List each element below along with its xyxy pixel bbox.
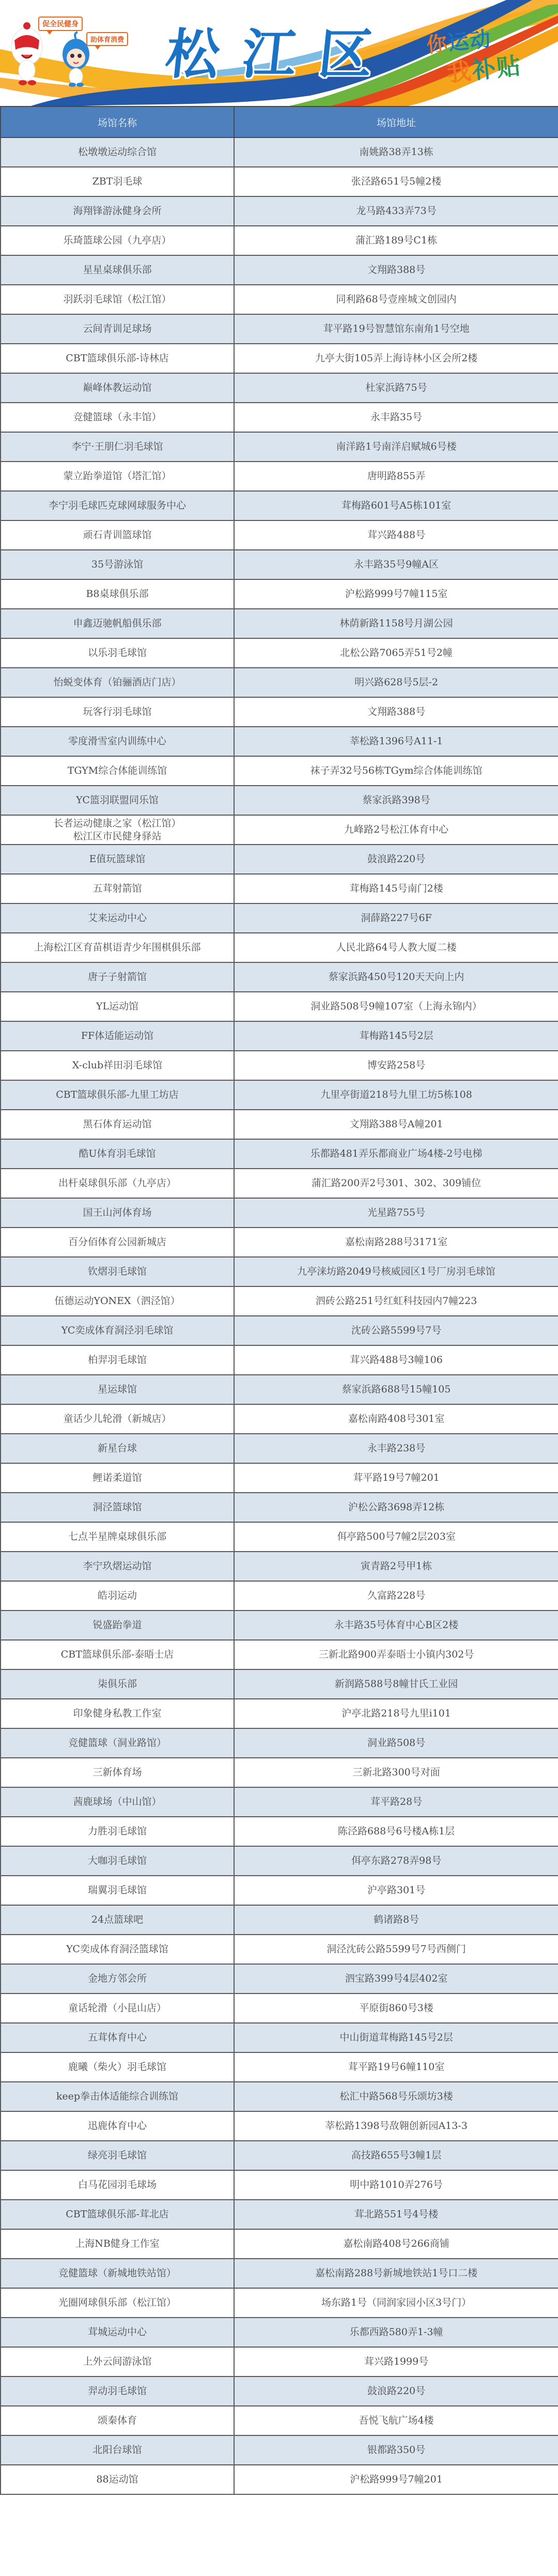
table-row: X-club祥田羽毛球馆博安路258号 [1,1051,558,1080]
slogan-bubble-consumption: 助体育消费 [86,32,128,46]
venue-name-cell: 迅鹿体育中心 [1,2111,234,2141]
table-row: FF体适能运动馆茸梅路145号2层 [1,1021,558,1051]
venue-name-cell: YL运动馆 [1,992,234,1021]
table-row: 新星台球永丰路238号 [1,1434,558,1463]
venue-name-cell: 金地方邻会所 [1,1964,234,1994]
table-row: 出杆桌球俱乐部（九亭店）蒲汇路200弄2号301、302、309铺位 [1,1169,558,1198]
venue-name-cell: CBT篮球俱乐部-泰晤士店 [1,1640,234,1669]
venue-name-cell: 黑石体育运动馆 [1,1110,234,1139]
venue-name-cell: CBT篮球俱乐部-茸北店 [1,2200,234,2229]
table-row: 柏羿羽毛球馆茸兴路488号3幢106 [1,1345,558,1375]
table-row: YC奕成体育洞泾篮球馆洞泾沈砖公路5599号7号西侧门 [1,1935,558,1964]
venue-name-cell: 童话轮滑（小昆山店） [1,1994,234,2023]
venue-table: 场馆名称 场馆地址 松墩墩运动综合馆南姚路38弄13栋ZBT羽毛球张泾路651号… [0,106,558,2495]
venue-name-cell: 35号游泳馆 [1,550,234,579]
venue-address-cell: 文翔路388号 [234,697,558,727]
table-row: 童话轮滑（小昆山店）平原街860号3楼 [1,1994,558,2023]
table-row: YC篮羽联盟同乐馆蔡家浜路398号 [1,786,558,815]
venue-address-cell: 同利路68号壹座城文创园内 [234,285,558,314]
venue-address-cell: 新润路588号8幢甘氏工业园 [234,1669,558,1699]
table-row: 竞健篮球（永丰馆）永丰路35号 [1,403,558,432]
venue-name-cell: 茸城运动中心 [1,2318,234,2347]
venue-address-cell: 文翔路388号 [234,255,558,285]
venue-name-cell: 五茸体育中心 [1,2023,234,2052]
venue-address-cell: 蔡家浜路398号 [234,786,558,815]
venue-address-cell: 嘉松南路408号301室 [234,1404,558,1434]
table-row: 顽石青训篮球馆茸兴路488号 [1,520,558,550]
table-row: 玩客行羽毛球馆文翔路388号 [1,697,558,727]
venue-address-cell: 嘉松南路288号新城地铁站1号口二楼 [234,2259,558,2288]
venue-name-cell: TGYM综合体能训练馆 [1,756,234,786]
venue-name-cell: 乐琦篮球公园（九亭店） [1,226,234,255]
table-row: 星运球馆蔡家浜路688号15幢105 [1,1375,558,1404]
venue-name-cell: 白马花园羽毛球场 [1,2170,234,2200]
table-row: 瑞翼羽毛球馆沪亭路301号 [1,1876,558,1905]
venue-address-cell: 博安路258号 [234,1051,558,1080]
table-row: 24点篮球吧鹤诸路8号 [1,1905,558,1935]
venue-name-cell: 柏羿羽毛球馆 [1,1345,234,1375]
venue-address-cell: 茸平路19号智慧馆东南角1号空地 [234,314,558,344]
venue-address-cell: 沪松路999号7幢201 [234,2465,558,2494]
table-row: YC奕成体育洞泾羽毛球馆沈砖公路5599号7号 [1,1316,558,1345]
venue-name-cell: 大咖羽毛球馆 [1,1846,234,1876]
table-row: 伍德运动YONEX（泗泾馆）泗砖公路251号红虹科技园内7幢223 [1,1286,558,1316]
venue-address-cell: 沪亭路301号 [234,1876,558,1905]
venue-address-cell: 林荫新路1158号月湖公园 [234,609,558,638]
venue-name-cell: 上海松江区育苗棋语青少年围棋俱乐部 [1,933,234,962]
venue-address-cell: 泗宝路399号4层402室 [234,1964,558,1994]
venue-address-cell: 龙马路433弄73号 [234,196,558,226]
table-row: 上海NB健身工作室嘉松南路408号266商铺 [1,2229,558,2259]
table-row: 星星桌球俱乐部文翔路388号 [1,255,558,285]
venue-name-cell: 申鑫迈驰帆船俱乐部 [1,609,234,638]
venue-address-cell: 永丰路238号 [234,1434,558,1463]
venue-name-cell: 24点篮球吧 [1,1905,234,1935]
venue-address-cell: 蒲汇路189号C1栋 [234,226,558,255]
slogan-char: 补 [471,54,498,85]
venue-address-cell: 北松公路7065弄51号2幢 [234,638,558,668]
venue-address-cell: 永丰路35号体育中心B区2楼 [234,1611,558,1640]
venue-address-cell: 高技路655号3幢1层 [234,2141,558,2170]
table-row: 竞健篮球（洞业路馆）洞业路508号 [1,1728,558,1758]
venue-address-cell: 人民北路64号人教大厦二楼 [234,933,558,962]
venue-address-cell: 茸平路19号6幢110室 [234,2052,558,2082]
venue-name-cell: keep拳击体适能综合训练馆 [1,2082,234,2111]
table-row: 云间青训足球场茸平路19号智慧馆东南角1号空地 [1,314,558,344]
venue-name-cell: 以乐羽毛球馆 [1,638,234,668]
venue-name-cell: 国王山河体育场 [1,1198,234,1228]
venue-name-cell: ZBT羽毛球 [1,167,234,196]
venue-name-cell: 光圈网球俱乐部（松江馆） [1,2288,234,2318]
table-row: 七点半星牌桌球俱乐部佴亭路500号7幢2层203室 [1,1522,558,1552]
venue-name-cell: 星星桌球俱乐部 [1,255,234,285]
table-row: 印象健身私教工作室沪亭北路218号九里i101 [1,1699,558,1728]
venue-address-cell: 松汇中路568号乐颂坊3楼 [234,2082,558,2111]
table-row: CBT篮球俱乐部-茸北店茸北路551号4号楼 [1,2200,558,2229]
venue-name-cell: 星运球馆 [1,1375,234,1404]
venue-address-cell: 蒲汇路200弄2号301、302、309铺位 [234,1169,558,1198]
venue-name-cell: 印象健身私教工作室 [1,1699,234,1728]
table-row: 光圈网球俱乐部（松江馆）场东路1号（同润家园小区3号门） [1,2288,558,2318]
table-row: E值玩篮球馆鼓浪路220号 [1,845,558,874]
venue-address-cell: 光星路755号 [234,1198,558,1228]
venue-address-cell: 茸梅路601号A5栋101室 [234,491,558,520]
venue-name-cell: 力胜羽毛球馆 [1,1817,234,1846]
venue-address-cell: 南洋路1号南洋启赋城6号楼 [234,432,558,462]
page-title: 松 江 区 [163,19,377,81]
slogan-line-2: 我补贴 [445,47,523,89]
table-row: 上外云间游泳馆茸兴路1999号 [1,2347,558,2376]
table-row: 童话少儿轮滑（新城店）嘉松南路408号301室 [1,1404,558,1434]
venue-name-cell: 唐子子射箭馆 [1,962,234,992]
slogan-char: 你 [425,32,450,57]
table-row: B8桌球俱乐部沪松路999号7幢115室 [1,579,558,609]
column-header-venue-address: 场馆地址 [234,106,558,137]
venue-name-cell: E值玩篮球馆 [1,845,234,874]
venue-address-cell: 南姚路38弄13栋 [234,137,558,167]
venue-name-cell: 伍德运动YONEX（泗泾馆） [1,1286,234,1316]
table-row: 上海松江区育苗棋语青少年围棋俱乐部人民北路64号人教大厦二楼 [1,933,558,962]
venue-name-cell: 上海NB健身工作室 [1,2229,234,2259]
venue-address-cell: 蔡家浜路688号15幢105 [234,1375,558,1404]
table-row: 黑石体育运动馆文翔路388号A幢201 [1,1110,558,1139]
table-row: 35号游泳馆永丰路35号9幢A区 [1,550,558,579]
table-row: 钦熠羽毛球馆九亭涞坊路2049号核威园区1号厂房羽毛球馆 [1,1257,558,1286]
venue-address-cell: 茸平路28号 [234,1787,558,1817]
venue-address-cell: 永丰路35号 [234,403,558,432]
table-row: CBT篮球俱乐部-九里工坊店九里亭街道218号九里工坊5栋108 [1,1080,558,1110]
table-row: 颂秦体育吾悦飞航广场4楼 [1,2406,558,2435]
venue-name-cell: 茜鹿球场（中山馆） [1,1787,234,1817]
venue-address-cell: 明兴路628号5层-2 [234,668,558,697]
venue-address-cell: 平原街860号3楼 [234,1994,558,2023]
table-row: 金地方邻会所泗宝路399号4层402室 [1,1964,558,1994]
venue-address-cell: 茸北路551号4号楼 [234,2200,558,2229]
banner: 促全民健身 助体育消费 松 江 区 你运动 我补贴 [0,0,558,106]
venue-address-cell: 鼓浪路220号 [234,2376,558,2406]
venue-name-cell: FF体适能运动馆 [1,1021,234,1051]
table-row: 李宁·王朋仁羽毛球馆南洋路1号南洋启赋城6号楼 [1,432,558,462]
venue-name-cell: 竞健篮球（新城地铁站馆） [1,2259,234,2288]
table-row: 北阳台球馆银都路350号 [1,2435,558,2465]
table-row: 艾来运动中心洞薛路227号6F [1,903,558,933]
table-row: CBT篮球俱乐部-泰晤士店三新北路900弄泰晤士小镇内302号 [1,1640,558,1669]
slogan-bubble-fitness: 促全民健身 [38,17,83,31]
venue-address-cell: 茸兴路488号 [234,520,558,550]
table-row: 三新体育场三新北路300号对面 [1,1758,558,1787]
table-row: 巅峰体教运动馆杜家浜路75号 [1,373,558,403]
table-row: 零度滑雪室内训练中心莘松路1396号A11-1 [1,727,558,756]
venue-address-cell: 场东路1号（同润家园小区3号门） [234,2288,558,2318]
venue-name-cell: 松墩墩运动综合馆 [1,137,234,167]
venue-address-cell: 莘松路1398号敌翱创新园A13-3 [234,2111,558,2141]
slogan-char: 我 [446,57,473,87]
venue-address-cell: 鼓浪路220号 [234,845,558,874]
venue-name-cell: 海翔锋游泳健身会所 [1,196,234,226]
venue-address-cell: 九里亭街道218号九里工坊5栋108 [234,1080,558,1110]
table-row: ZBT羽毛球张泾路651号5幢2楼 [1,167,558,196]
table-row: 李宁玖熠运动馆寅青路2号甲1栋 [1,1552,558,1581]
venue-name-cell: 洞泾篮球馆 [1,1493,234,1522]
venue-address-cell: 永丰路35号9幢A区 [234,550,558,579]
venue-name-cell: 鲤诺柔道馆 [1,1463,234,1493]
table-row: 羽跃羽毛球馆（松江馆）同利路68号壹座城文创园内 [1,285,558,314]
table-row: 88运动馆沪松路999号7幢201 [1,2465,558,2494]
table-row: keep拳击体适能综合训练馆松汇中路568号乐颂坊3楼 [1,2082,558,2111]
venue-name-cell: 钦熠羽毛球馆 [1,1257,234,1286]
venue-address-cell: 佴亭东路278弄98号 [234,1846,558,1876]
table-row: YL运动馆洞业路508号9幢107室（上海永锦内） [1,992,558,1021]
table-row: 迅鹿体育中心莘松路1398号敌翱创新园A13-3 [1,2111,558,2141]
venue-name-cell: 上外云间游泳馆 [1,2347,234,2376]
slogan-char: 动 [469,27,493,53]
title-char: 江 [239,11,301,88]
venue-name-cell: 瑞翼羽毛球馆 [1,1876,234,1905]
venue-address-cell: 嘉松南路288号3171室 [234,1228,558,1257]
venue-name-cell: YC奕成体育洞泾篮球馆 [1,1935,234,1964]
venue-name-cell: 巅峰体教运动馆 [1,373,234,403]
venue-address-cell: 洞业路508号 [234,1728,558,1758]
venue-address-cell: 沪松路999号7幢115室 [234,579,558,609]
table-row: 长者运动健康之家（松江馆） 松江区市民健身驿站九峰路2号松江体育中心 [1,815,558,845]
venue-name-cell: 李宁羽毛球匹克球网球服务中心 [1,491,234,520]
venue-address-cell: 沪亭北路218号九里i101 [234,1699,558,1728]
venue-name-cell: 艾来运动中心 [1,903,234,933]
table-row: 松墩墩运动综合馆南姚路38弄13栋 [1,137,558,167]
venue-name-cell: X-club祥田羽毛球馆 [1,1051,234,1080]
table-row: 申鑫迈驰帆船俱乐部林荫新路1158号月湖公园 [1,609,558,638]
venue-address-cell: 乐都路481弄乐都商业广场4楼-2号电梯 [234,1139,558,1169]
table-row: 大咖羽毛球馆佴亭东路278弄98号 [1,1846,558,1876]
venue-name-cell: YC奕成体育洞泾羽毛球馆 [1,1316,234,1345]
table-row: 五茸体育中心中山街道茸梅路145号2层 [1,2023,558,2052]
venue-address-cell: 九亭涞坊路2049号核威园区1号厂房羽毛球馆 [234,1257,558,1286]
venue-address-cell: 佴亭路500号7幢2层203室 [234,1522,558,1552]
venue-address-cell: 嘉松南路408号266商铺 [234,2229,558,2259]
venue-address-cell: 乐都西路580弄1-3幢 [234,2318,558,2347]
table-row: 唐子子射箭馆蔡家浜路450号120天天向上内 [1,962,558,992]
table-row: 乐琦篮球公园（九亭店）蒲汇路189号C1栋 [1,226,558,255]
venue-address-cell: 九亭大街105弄上海诗林小区会所2楼 [234,344,558,373]
venue-name-cell: 七点半星牌桌球俱乐部 [1,1522,234,1552]
venue-name-cell: YC篮羽联盟同乐馆 [1,786,234,815]
table-row: 茸城运动中心乐都西路580弄1-3幢 [1,2318,558,2347]
table-row: 李宁羽毛球匹克球网球服务中心茸梅路601号A5栋101室 [1,491,558,520]
venue-name-cell: 蒙立跆拳道馆（塔汇馆） [1,462,234,491]
venue-name-cell: 出杆桌球俱乐部（九亭店） [1,1169,234,1198]
venue-address-cell: 泗砖公路251号红虹科技园内7幢223 [234,1286,558,1316]
venue-name-cell: 李宁玖熠运动馆 [1,1552,234,1581]
slogan-subsidy: 你运动 我补贴 [426,26,550,83]
table-row: 酷U体育羽毛球馆乐都路481弄乐都商业广场4楼-2号电梯 [1,1139,558,1169]
table-row: 力胜羽毛球馆陈泾路688号6号楼A栋1层 [1,1817,558,1846]
venue-name-cell: 88运动馆 [1,2465,234,2494]
venue-address-cell: 鹤诸路8号 [234,1905,558,1935]
venue-name-cell: 皓羽运动 [1,1581,234,1611]
venue-address-cell: 茸梅路145号南门2楼 [234,874,558,903]
table-header-row: 场馆名称 场馆地址 [1,106,558,137]
venue-address-cell: 吾悦飞航广场4楼 [234,2406,558,2435]
venue-name-cell: 百分佰体育公园新城店 [1,1228,234,1257]
table-row: 柒俱乐部新润路588号8幢甘氏工业园 [1,1669,558,1699]
venue-name-cell: 三新体育场 [1,1758,234,1787]
venue-address-cell: 九峰路2号松江体育中心 [234,815,558,845]
table-row: 竞健篮球（新城地铁站馆）嘉松南路288号新城地铁站1号口二楼 [1,2259,558,2288]
venue-name-cell: 颂秦体育 [1,2406,234,2435]
venue-name-cell: 竞健篮球（洞业路馆） [1,1728,234,1758]
table-row: 以乐羽毛球馆北松公路7065弄51号2幢 [1,638,558,668]
column-header-venue-name: 场馆名称 [1,106,234,137]
table-row: 鹿曦（柴火）羽毛球馆茸平路19号6幢110室 [1,2052,558,2082]
table-row: 五茸射箭馆茸梅路145号南门2楼 [1,874,558,903]
venue-name-cell: 绿亮羽毛球馆 [1,2141,234,2170]
venue-name-cell: 李宁·王朋仁羽毛球馆 [1,432,234,462]
venue-name-cell: 新星台球 [1,1434,234,1463]
venue-address-cell: 莘松路1396号A11-1 [234,727,558,756]
venue-address-cell: 久富路228号 [234,1581,558,1611]
slogan-char: 运 [447,29,471,55]
table-row: 羿动羽毛球馆鼓浪路220号 [1,2376,558,2406]
venue-address-cell: 文翔路388号A幢201 [234,1110,558,1139]
venue-address-cell: 蔡家浜路450号120天天向上内 [234,962,558,992]
venue-name-cell: 鹿曦（柴火）羽毛球馆 [1,2052,234,2082]
venue-name-cell: 零度滑雪室内训练中心 [1,727,234,756]
venue-address-cell: 中山街道茸梅路145号2层 [234,2023,558,2052]
table-row: 怡蜕变体育（铂骊酒店门店）明兴路628号5层-2 [1,668,558,697]
venue-name-cell: 五茸射箭馆 [1,874,234,903]
venue-name-cell: 童话少儿轮滑（新城店） [1,1404,234,1434]
venue-name-cell: 羽跃羽毛球馆（松江馆） [1,285,234,314]
table-row: 鲤诺柔道馆茸平路19号7幢201 [1,1463,558,1493]
table-row: 白马花园羽毛球场明中路1010弄276号 [1,2170,558,2200]
table-row: 茜鹿球场（中山馆）茸平路28号 [1,1787,558,1817]
venue-address-cell: 三新北路300号对面 [234,1758,558,1787]
venue-name-cell: 云间青训足球场 [1,314,234,344]
venue-name-cell: 北阳台球馆 [1,2435,234,2465]
venue-address-cell: 洞泾沈砖公路5599号7号西侧门 [234,1935,558,1964]
venue-name-cell: 怡蜕变体育（铂骊酒店门店） [1,668,234,697]
venue-address-cell: 茸兴路488号3幢106 [234,1345,558,1375]
table-row: 蒙立跆拳道馆（塔汇馆）唐明路855弄 [1,462,558,491]
table-row: 海翔锋游泳健身会所龙马路433弄73号 [1,196,558,226]
title-char: 松 [162,11,224,88]
venue-name-cell: CBT篮球俱乐部-诗林店 [1,344,234,373]
venue-name-cell: CBT篮球俱乐部-九里工坊店 [1,1080,234,1110]
venue-name-cell: 锐盛跆拳道 [1,1611,234,1640]
venue-address-cell: 洞业路508号9幢107室（上海永锦内） [234,992,558,1021]
venue-address-cell: 茸兴路1999号 [234,2347,558,2376]
table-row: 绿亮羽毛球馆高技路655号3幢1层 [1,2141,558,2170]
venue-address-cell: 袜子弄32号56栋TGym综合体能训练馆 [234,756,558,786]
venue-address-cell: 杜家浜路75号 [234,373,558,403]
venue-address-cell: 茸梅路145号2层 [234,1021,558,1051]
venue-address-cell: 明中路1010弄276号 [234,2170,558,2200]
venue-address-cell: 寅青路2号甲1栋 [234,1552,558,1581]
table-row: 锐盛跆拳道永丰路35号体育中心B区2楼 [1,1611,558,1640]
venue-address-cell: 陈泾路688号6号楼A栋1层 [234,1817,558,1846]
title-char: 区 [315,11,377,88]
slogan-char: 贴 [495,52,522,82]
venue-name-cell: 顽石青训篮球馆 [1,520,234,550]
venue-address-cell: 沈砖公路5599号7号 [234,1316,558,1345]
venue-address-cell: 三新北路900弄泰晤士小镇内302号 [234,1640,558,1669]
venue-name-cell: 羿动羽毛球馆 [1,2376,234,2406]
venue-address-cell: 茸平路19号7幢201 [234,1463,558,1493]
table-row: TGYM综合体能训练馆袜子弄32号56栋TGym综合体能训练馆 [1,756,558,786]
table-row: 皓羽运动久富路228号 [1,1581,558,1611]
venue-table-body: 松墩墩运动综合馆南姚路38弄13栋ZBT羽毛球张泾路651号5幢2楼海翔锋游泳健… [1,137,558,2494]
table-row: 国王山河体育场光星路755号 [1,1198,558,1228]
venue-name-cell: B8桌球俱乐部 [1,579,234,609]
table-row: 洞泾篮球馆沪松公路3698弄12栋 [1,1493,558,1522]
venue-name-cell: 竞健篮球（永丰馆） [1,403,234,432]
venue-name-cell: 酷U体育羽毛球馆 [1,1139,234,1169]
table-row: CBT篮球俱乐部-诗林店九亭大街105弄上海诗林小区会所2楼 [1,344,558,373]
venue-address-cell: 张泾路651号5幢2楼 [234,167,558,196]
venue-address-cell: 洞薛路227号6F [234,903,558,933]
venue-name-cell: 长者运动健康之家（松江馆） 松江区市民健身驿站 [1,815,234,845]
venue-name-cell: 柒俱乐部 [1,1669,234,1699]
venue-name-cell: 玩客行羽毛球馆 [1,697,234,727]
venue-address-cell: 唐明路855弄 [234,462,558,491]
venue-address-cell: 银都路350号 [234,2435,558,2465]
table-row: 百分佰体育公园新城店嘉松南路288号3171室 [1,1228,558,1257]
venue-address-cell: 沪松公路3698弄12栋 [234,1493,558,1522]
